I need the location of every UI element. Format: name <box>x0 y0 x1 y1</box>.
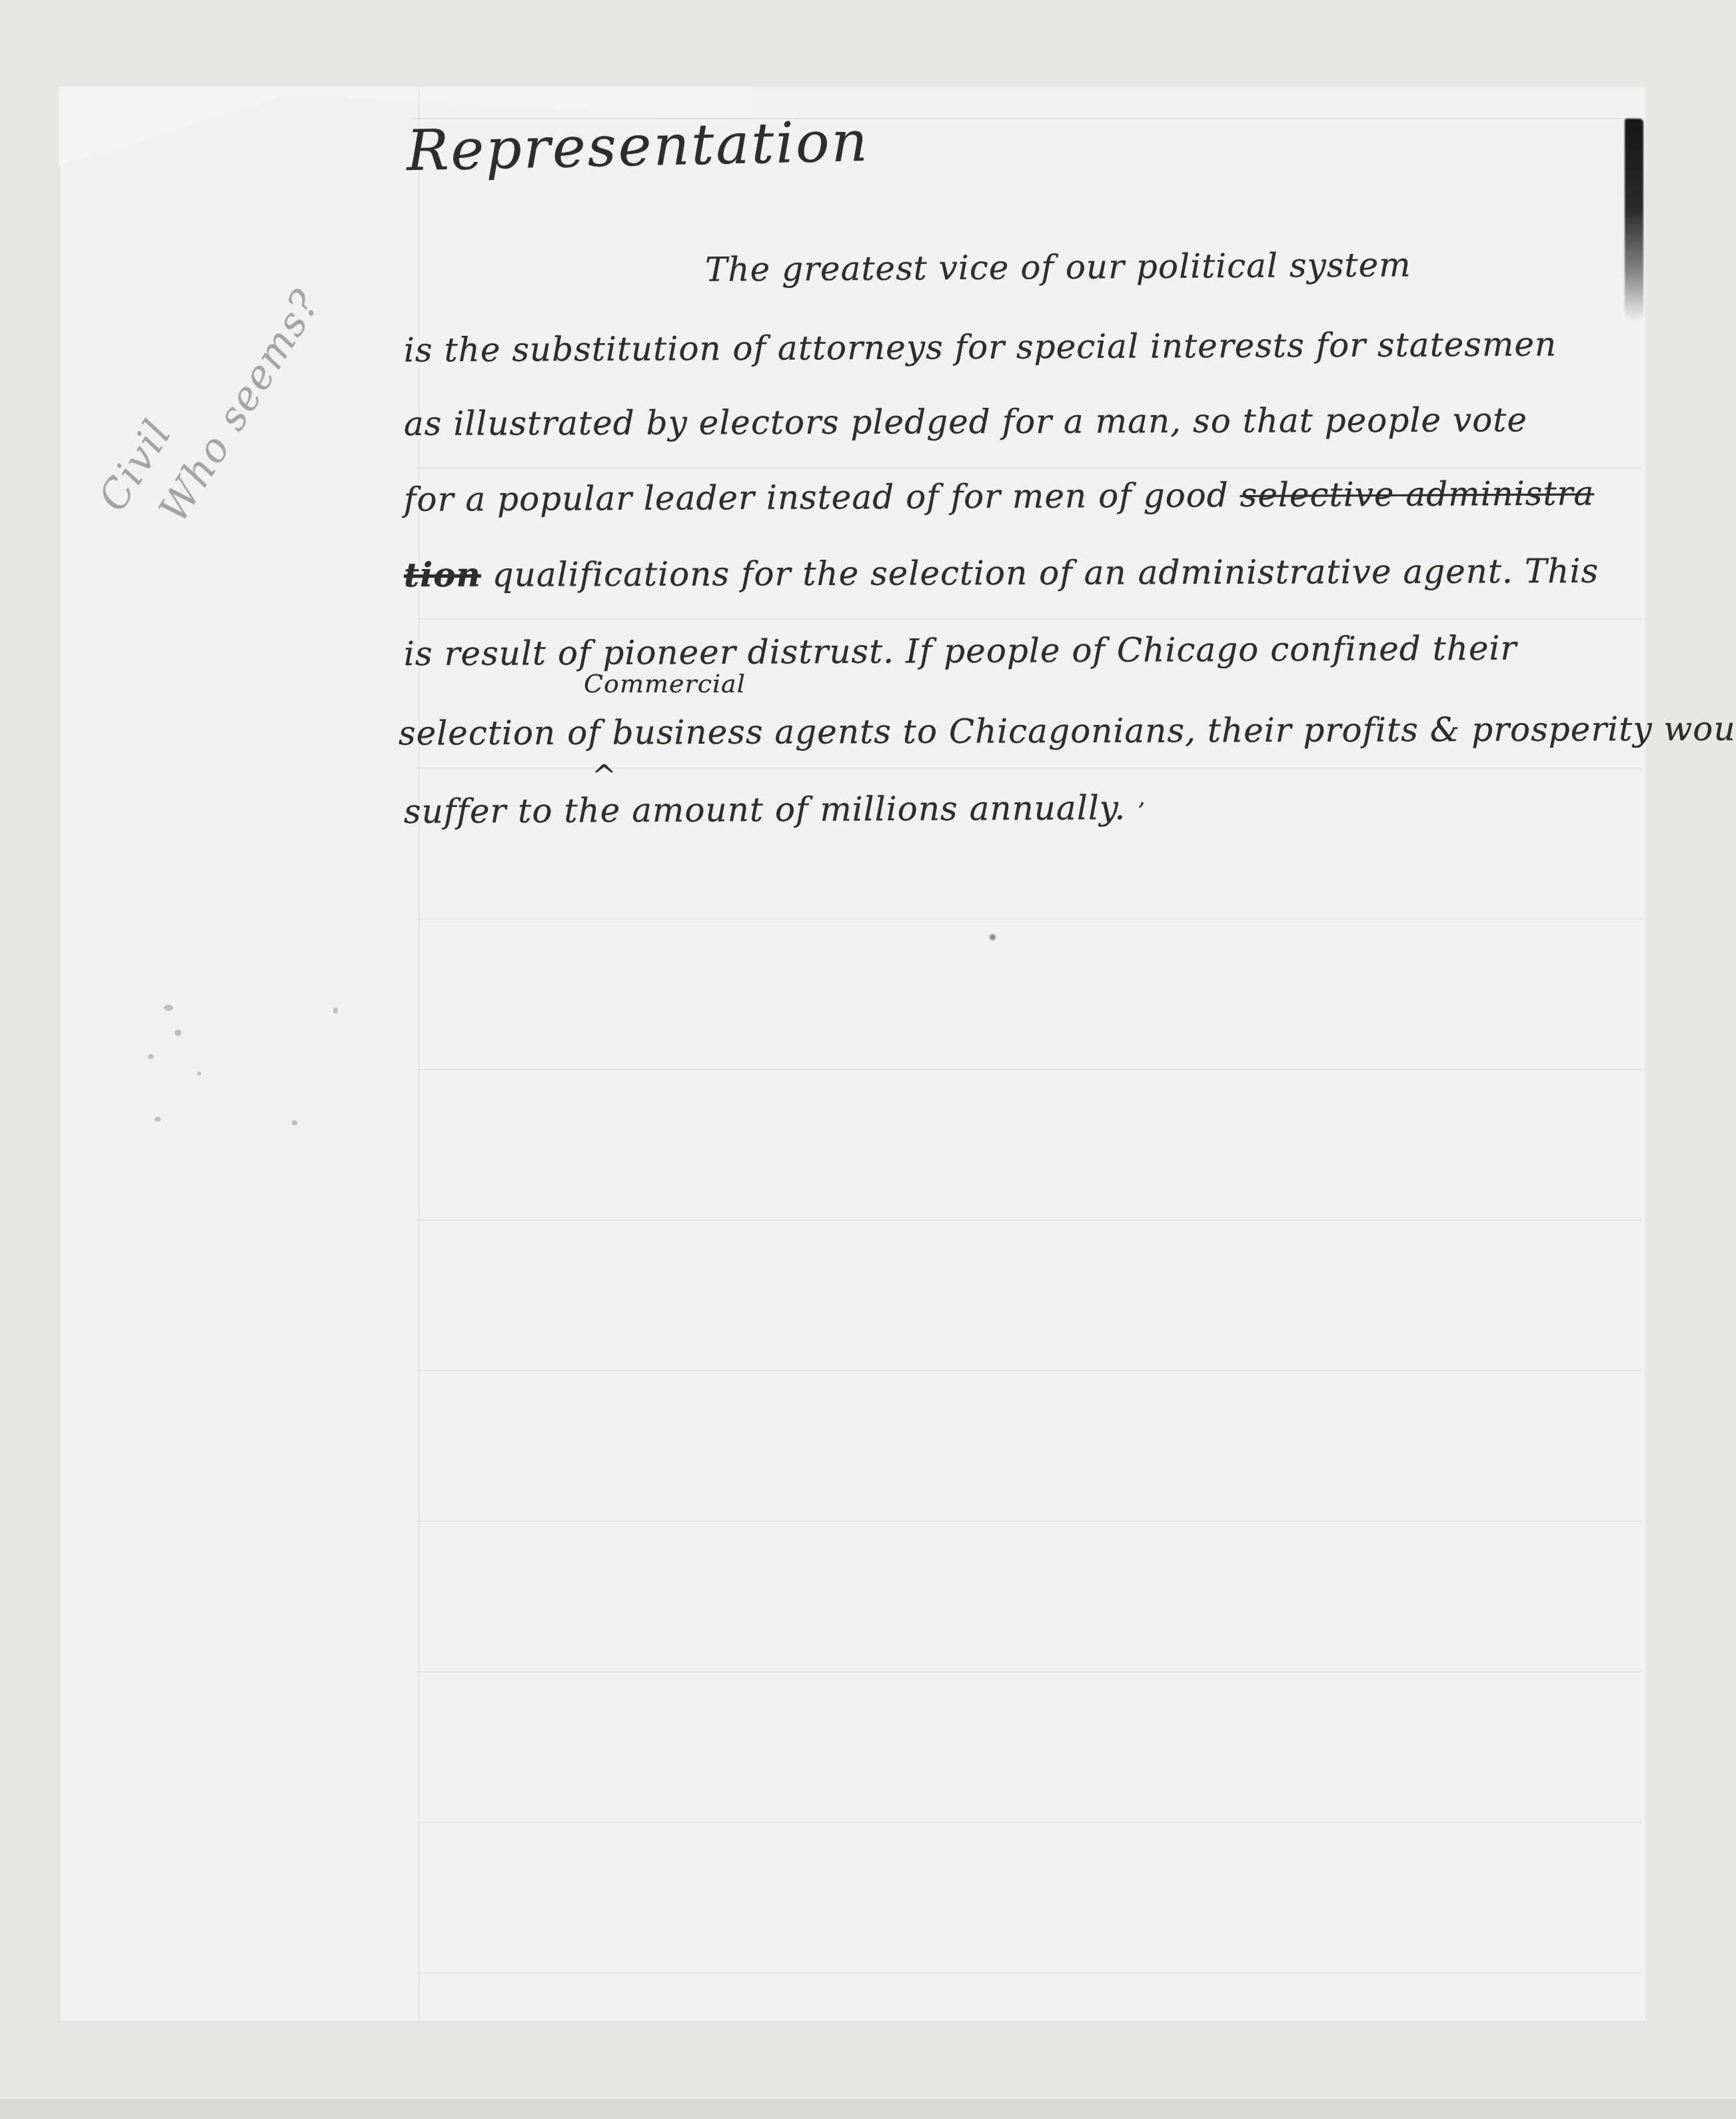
line-7-text-after-insertion: business agents to Chicagonians, their p… <box>612 709 1736 752</box>
stray-ink-dot <box>990 934 996 940</box>
insertion-caret-mark: ^ <box>592 760 616 794</box>
faint-ruled-line <box>415 1671 1641 1673</box>
paper-speck <box>292 1120 297 1125</box>
paper-speck <box>197 1071 201 1075</box>
line-2-text: is the substitution of attorneys for spe… <box>404 325 1557 369</box>
vertical-fold-crease <box>419 87 421 2022</box>
paper-speck <box>164 1005 173 1011</box>
line-4-text: for a popular leader instead of for men … <box>404 476 1240 519</box>
line-5-text: qualifications for the selection of an a… <box>481 552 1599 594</box>
page-title-handwritten: Representation <box>406 109 870 184</box>
manuscript-line-3: as illustrated by electors pledged for a… <box>404 400 1527 443</box>
line-6-text: is result of pioneer distrust. If people… <box>404 629 1517 674</box>
faint-ruled-line <box>415 918 1641 920</box>
line-7-text-before-insertion: selection of <box>399 713 612 752</box>
paper-speck <box>155 1117 161 1121</box>
faint-ruled-line <box>415 1069 1641 1070</box>
manuscript-line-2: is the substitution of attorneys for spe… <box>404 325 1557 369</box>
manuscript-line-1: The greatest vice of our political syste… <box>705 245 1411 289</box>
line-5-struck-text: tion <box>404 555 481 594</box>
faint-ruled-line <box>415 618 1641 620</box>
line-8-text: suffer to the amount of millions annuall… <box>404 788 1126 831</box>
stray-pen-tick: ʼ <box>1137 798 1145 825</box>
faint-ruled-line <box>415 1521 1641 1522</box>
scan-edge-ink-artifact <box>1625 119 1643 322</box>
faint-ruled-line <box>415 1370 1641 1371</box>
scanned-document-background: Civil Who seems? Representation The grea… <box>0 0 1736 2119</box>
manuscript-page <box>59 87 1646 2022</box>
paper-speck <box>333 1008 338 1014</box>
manuscript-line-5: tion qualifications for the selection of… <box>404 551 1599 594</box>
line-3-text: as illustrated by electors pledged for a… <box>404 400 1527 443</box>
interlinear-insertion-word: Commercial <box>584 669 746 698</box>
paper-speck <box>148 1054 154 1059</box>
manuscript-line-4: for a popular leader instead of for men … <box>404 474 1594 518</box>
line-4-struck-text: selective administra <box>1240 474 1595 514</box>
manuscript-line-8: suffer to the amount of millions annuall… <box>404 788 1145 831</box>
faint-ruled-line <box>415 468 1641 469</box>
line-1-text: The greatest vice of our political syste… <box>705 245 1411 289</box>
faint-ruled-line <box>415 1822 1641 1823</box>
paper-speck <box>175 1030 181 1036</box>
faint-ruled-line <box>415 1972 1641 1974</box>
faint-ruled-line <box>415 1219 1641 1221</box>
scanner-bed-strip <box>0 2099 1736 2119</box>
manuscript-line-6: is result of pioneer distrust. If people… <box>404 629 1517 674</box>
manuscript-line-7: selection of business agents to Chicagon… <box>399 709 1736 752</box>
